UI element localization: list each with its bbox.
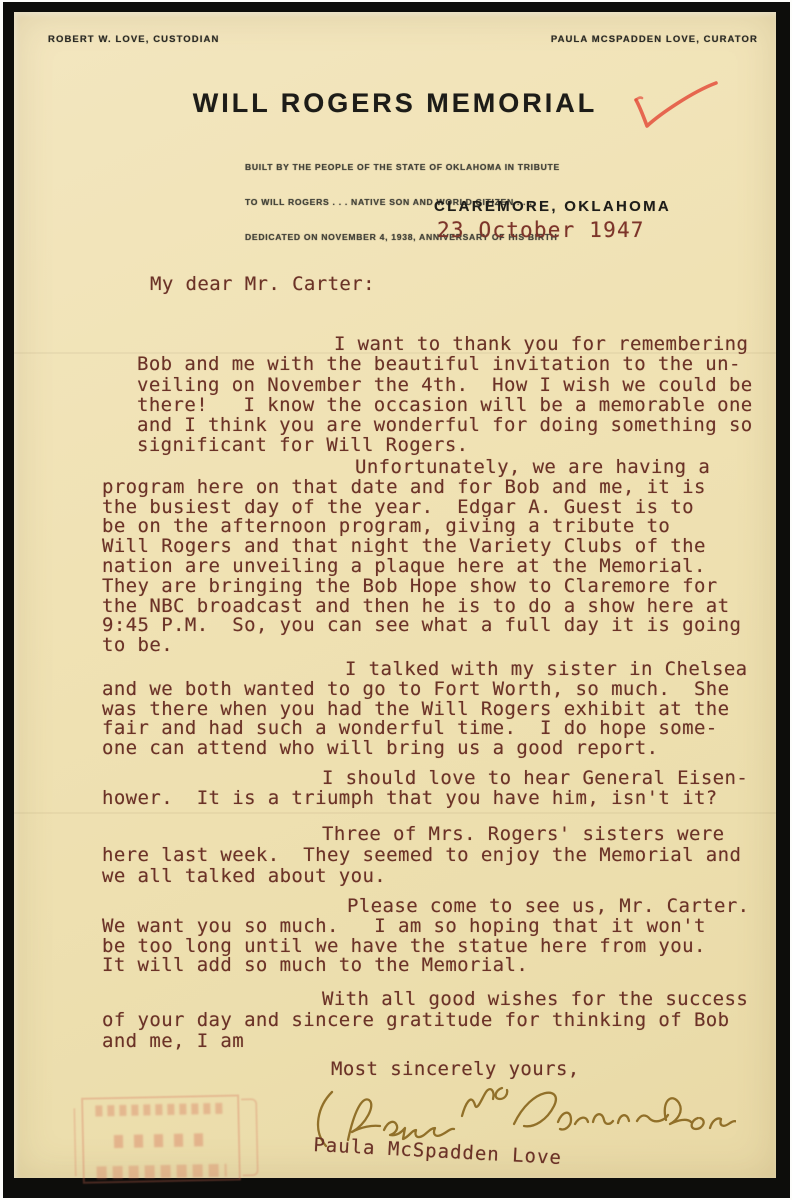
red-checkmark-icon xyxy=(626,80,724,134)
letter-salutation: My dear Mr. Carter: xyxy=(150,273,375,295)
letter-line: nation are unveiling a plaque here at th… xyxy=(102,557,741,577)
letter-closing: Most sincerely yours, xyxy=(331,1058,580,1080)
paper-crease xyxy=(14,812,776,814)
letter-line: we all talked about you. xyxy=(102,866,741,887)
letter-line: They are bringing the Bob Hope show to C… xyxy=(102,577,741,597)
paragraph-6: Please come to see us, Mr. Carter.We wan… xyxy=(102,897,750,976)
letter-paper: ROBERT W. LOVE, CUSTODIAN PAULA MCSPADDE… xyxy=(14,12,776,1178)
scanned-letter: ROBERT W. LOVE, CUSTODIAN PAULA MCSPADDE… xyxy=(0,0,792,1200)
letter-line: and me, I am xyxy=(102,1031,748,1052)
letter-line: program here on that date and for Bob an… xyxy=(102,478,741,498)
letter-line: I want to thank you for remembering xyxy=(137,334,753,354)
letter-line: significant for Will Rogers. xyxy=(137,435,753,455)
stamp-text-row xyxy=(97,1164,227,1180)
letter-line: one can attend who will bring us a good … xyxy=(102,739,748,759)
letter-line: and I think you are wonderful for doing … xyxy=(137,415,753,435)
letterhead-custodian: ROBERT W. LOVE, CUSTODIAN xyxy=(48,34,219,45)
received-date-stamp-icon xyxy=(73,1090,261,1190)
letter-date: 23 October 1947 xyxy=(437,218,645,242)
paragraph-7: With all good wishes for the successof y… xyxy=(102,989,748,1051)
paragraph-3: I talked with my sister in Chelseaand we… xyxy=(102,660,748,759)
letterhead-city: CLAREMORE, OKLAHOMA xyxy=(434,198,671,215)
dedication-line: BUILT BY THE PEOPLE OF THE STATE OF OKLA… xyxy=(245,162,560,174)
letter-line: veiling on November the 4th. How I wish … xyxy=(137,375,753,395)
letter-line: Three of Mrs. Rogers' sisters were xyxy=(102,824,741,845)
letter-line: here last week. They seemed to enjoy the… xyxy=(102,845,741,866)
stamp-date-row xyxy=(114,1133,212,1148)
paragraph-5: Three of Mrs. Rogers' sisters werehere l… xyxy=(102,824,741,887)
letterhead-curator: PAULA MCSPADDEN LOVE, CURATOR xyxy=(551,34,758,45)
letter-line: and we both wanted to go to Fort Worth, … xyxy=(102,680,748,700)
letter-line: to be. xyxy=(102,636,741,656)
letter-line: I talked with my sister in Chelsea xyxy=(102,660,748,680)
letter-line: With all good wishes for the success xyxy=(102,989,748,1010)
letter-line: hower. It is a triumph that you have him… xyxy=(102,789,748,809)
letter-line: Please come to see us, Mr. Carter. xyxy=(102,897,750,917)
paragraph-4: I should love to hear General Eisen-howe… xyxy=(102,769,748,809)
letter-line: of your day and sincere gratitude for th… xyxy=(102,1010,748,1031)
letter-line: Unfortunately, we are having a xyxy=(102,458,741,478)
letter-line: there! I know the occasion will be a mem… xyxy=(137,395,753,415)
letter-line: It will add so much to the Memorial. xyxy=(102,956,750,976)
paragraph-2: Unfortunately, we are having aprogram he… xyxy=(102,458,741,656)
stamp-bracket xyxy=(241,1098,259,1176)
stamp-edge-mark xyxy=(73,1107,82,1176)
paragraph-1: I want to thank you for rememberingBob a… xyxy=(137,334,753,456)
letter-line: Will Rogers and that night the Variety C… xyxy=(102,537,741,557)
letter-line: Bob and me with the beautiful invitation… xyxy=(137,354,753,374)
letter-line: 9:45 P.M. So, you can see what a full da… xyxy=(102,616,741,636)
letter-line: We want you so much. I am so hoping that… xyxy=(102,917,750,937)
letter-line: I should love to hear General Eisen- xyxy=(102,769,748,789)
